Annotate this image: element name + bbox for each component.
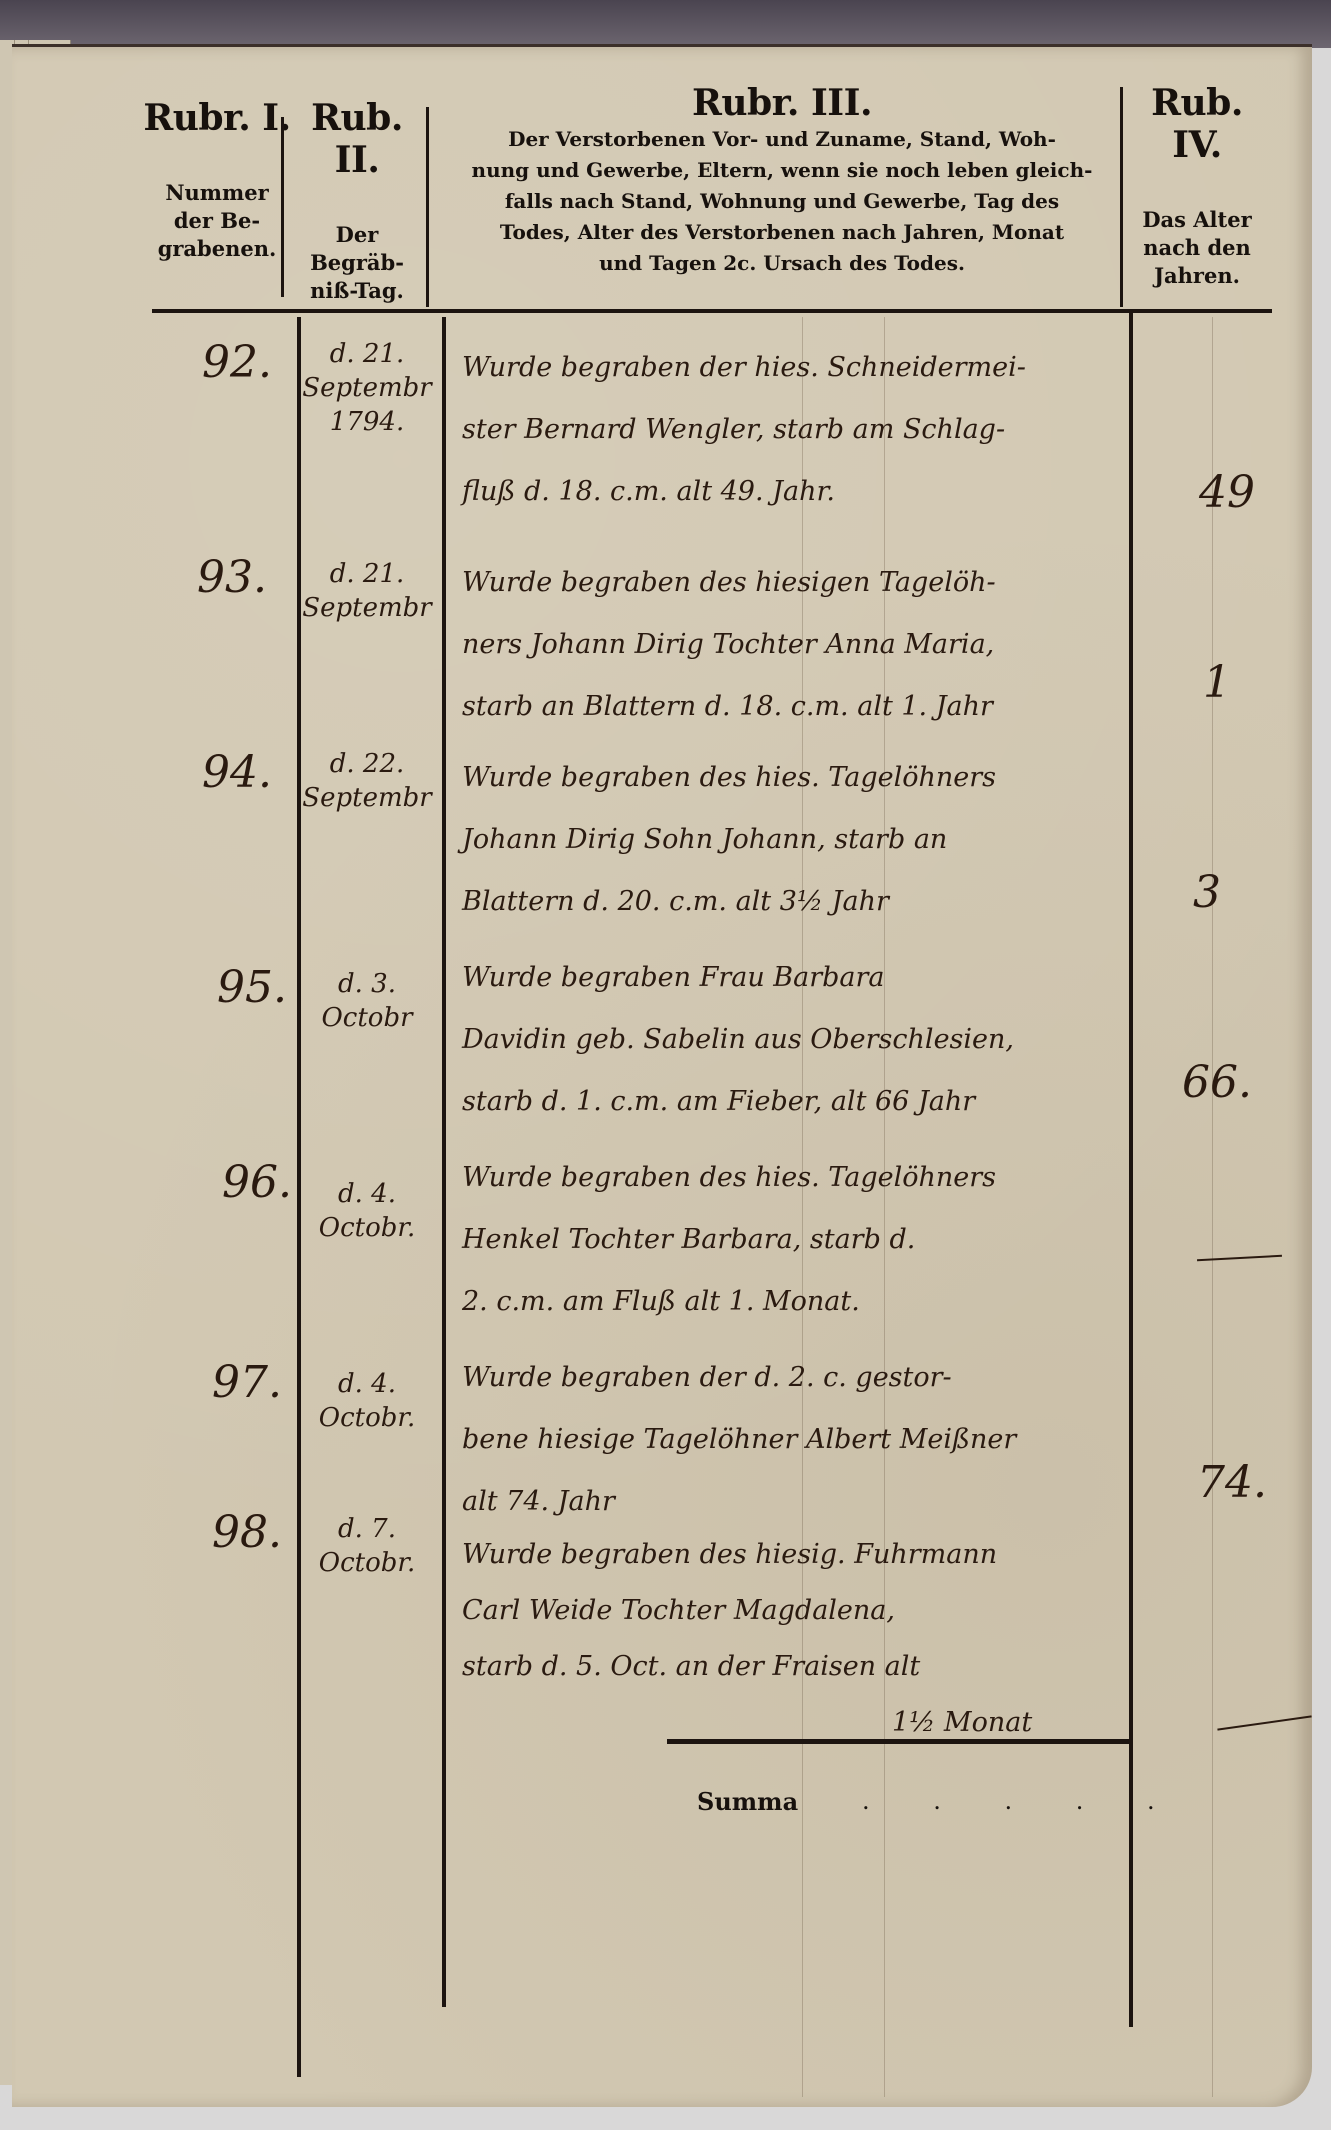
date-month: Octobr: [302, 1001, 432, 1035]
entry-line: Wurde begraben Frau Barbara: [462, 947, 1102, 1009]
entry-line: alt 74. Jahr: [462, 1471, 1102, 1533]
entry-number: 98.: [212, 1507, 282, 1558]
rubric-1: Rubr. I.: [142, 97, 292, 139]
entry-number: 94.: [202, 747, 272, 798]
header-col1-line: der Be-: [142, 207, 292, 235]
header-col1: Rubr. I. Nummer der Be- grabenen.: [142, 97, 292, 263]
entry-text: Wurde begraben des hiesig. Fuhrmann Carl…: [462, 1527, 1102, 1751]
header-divider-2-3: [426, 107, 429, 307]
header-col4: Rub. IV. Das Alter nach den Jahren.: [1122, 82, 1272, 290]
entry-line: Wurde begraben des hies. Tagelöhners: [462, 747, 1102, 809]
header-col2-line: Begräb-: [287, 249, 427, 277]
entry-line: 1½ Monat: [462, 1695, 1102, 1751]
date-day: d. 21.: [302, 337, 432, 371]
entry-text: Wurde begraben des hies. Tagelöhners Joh…: [462, 747, 1102, 933]
header-col1-line: Nummer: [142, 179, 292, 207]
header-divider-1-2: [281, 117, 284, 297]
column-rule-1: [297, 317, 301, 2077]
column-rule-2: [442, 317, 446, 2007]
rubric-3: Rubr. III.: [432, 82, 1132, 124]
header-col2: Rub. II. Der Begräb- niß-Tag.: [287, 97, 427, 305]
entry-line: Wurde begraben der hies. Schneidermei-: [462, 337, 1102, 399]
entry-line: Davidin geb. Sabelin aus Oberschlesien,: [462, 1009, 1102, 1071]
entry-line: bene hiesige Tagelöhner Albert Meißner: [462, 1409, 1102, 1471]
entry-line: Wurde begraben der d. 2. c. gestor-: [462, 1347, 1102, 1409]
header-col4-line: nach den: [1122, 234, 1272, 262]
date-day: d. 21.: [302, 557, 432, 591]
date-month: Septembr: [302, 781, 432, 815]
header-col3-line: Der Verstorbenen Vor- und Zuname, Stand,…: [432, 124, 1132, 155]
entry-number: 97.: [212, 1357, 282, 1408]
date-day: d. 7.: [302, 1512, 432, 1546]
entry-date: d. 4. Octobr.: [302, 1367, 432, 1435]
header-col3-line: und Tagen 2c. Ursach des Todes.: [432, 248, 1132, 279]
entry-age-dash: [1197, 1255, 1282, 1261]
date-month: Octobr.: [302, 1211, 432, 1245]
faint-guide: [1212, 317, 1213, 2097]
entry-line: ners Johann Dirig Tochter Anna Maria,: [462, 614, 1102, 676]
entry-line: Wurde begraben des hiesigen Tagelöh-: [462, 552, 1102, 614]
entry-date: d. 21. Septembr 1794.: [302, 337, 432, 439]
entry-line: Carl Weide Tochter Magdalena,: [462, 1583, 1102, 1639]
entry-line: 2. c.m. am Fluß alt 1. Monat.: [462, 1271, 1102, 1333]
header-col3-line: falls nach Stand, Wohnung und Gewerbe, T…: [432, 186, 1132, 217]
entry-line: Blattern d. 20. c.m. alt 3½ Jahr: [462, 871, 1102, 933]
header-col2-line: niß-Tag.: [287, 277, 427, 305]
background-shadow: [0, 0, 1331, 48]
header-col3: Rubr. III. Der Verstorbenen Vor- und Zun…: [432, 82, 1132, 279]
entry-date: d. 21. Septembr: [302, 557, 432, 625]
entry-date: d. 3. Octobr: [302, 967, 432, 1035]
entry-age: 49: [1172, 467, 1282, 518]
entry-text: Wurde begraben des hies. Tagelöhners Hen…: [462, 1147, 1102, 1333]
entry-age: 3: [1152, 867, 1262, 918]
rubric-4: Rub. IV.: [1122, 82, 1272, 166]
date-month: Octobr.: [302, 1546, 432, 1580]
entry-date: d. 4. Octobr.: [302, 1177, 432, 1245]
entry-date: d. 22. Septembr: [302, 747, 432, 815]
entry-number: 96.: [222, 1157, 292, 1208]
date-day: d. 4.: [302, 1367, 432, 1401]
entry-line: Wurde begraben des hies. Tagelöhners: [462, 1147, 1102, 1209]
header-col3-line: Todes, Alter des Verstorbenen nach Jahre…: [432, 217, 1132, 248]
entry-line: ster Bernard Wengler, starb am Schlag-: [462, 399, 1102, 461]
header-col4-line: Das Alter: [1122, 206, 1272, 234]
entry-line: Wurde begraben des hiesig. Fuhrmann: [462, 1527, 1102, 1583]
header-col4-line: Jahren.: [1122, 262, 1272, 290]
entry-line: Henkel Tochter Barbara, starb d.: [462, 1209, 1102, 1271]
entry-text: Wurde begraben der hies. Schneidermei- s…: [462, 337, 1102, 523]
date-month: Septembr: [302, 591, 432, 625]
rubric-2: Rub. II.: [287, 97, 427, 181]
entry-text: Wurde begraben der d. 2. c. gestor- bene…: [462, 1347, 1102, 1533]
entry-age: 1: [1162, 657, 1272, 708]
header-bottom-rule: [152, 309, 1272, 313]
header-divider-3-4: [1120, 87, 1123, 307]
entry-date: d. 7. Octobr.: [302, 1512, 432, 1580]
summa-label: Summa: [697, 1787, 798, 1816]
entry-age: 74.: [1177, 1457, 1287, 1508]
entry-line: Johann Dirig Sohn Johann, starb an: [462, 809, 1102, 871]
entry-number: 93.: [197, 552, 267, 603]
entry-line: starb d. 5. Oct. an der Fraisen alt: [462, 1639, 1102, 1695]
entry-line: starb d. 1. c.m. am Fieber, alt 66 Jahr: [462, 1071, 1102, 1133]
date-day: d. 4.: [302, 1177, 432, 1211]
summa-dots: . . . . .: [862, 1787, 1183, 1815]
date-year: 1794.: [302, 405, 432, 439]
entry-text: Wurde begraben Frau Barbara Davidin geb.…: [462, 947, 1102, 1133]
register-page: Rubr. I. Nummer der Be- grabenen. Rub. I…: [12, 44, 1312, 2107]
entry-text: Wurde begraben des hiesigen Tagelöh- ner…: [462, 552, 1102, 738]
date-month: Octobr.: [302, 1401, 432, 1435]
entry-age: 66.: [1162, 1057, 1272, 1108]
date-month: Septembr: [302, 371, 432, 405]
entry-number: 92.: [202, 337, 272, 388]
header-col1-line: grabenen.: [142, 235, 292, 263]
entry-line: fluß d. 18. c.m. alt 49. Jahr.: [462, 461, 1102, 523]
entry-number: 95.: [217, 962, 287, 1013]
column-rule-3: [1129, 312, 1133, 2027]
date-day: d. 22.: [302, 747, 432, 781]
entry-age-dash: [1217, 1715, 1311, 1730]
header-col2-line: Der: [287, 221, 427, 249]
date-day: d. 3.: [302, 967, 432, 1001]
header-col3-line: nung und Gewerbe, Eltern, wenn sie noch …: [432, 155, 1132, 186]
entry-line: starb an Blattern d. 18. c.m. alt 1. Jah…: [462, 676, 1102, 738]
